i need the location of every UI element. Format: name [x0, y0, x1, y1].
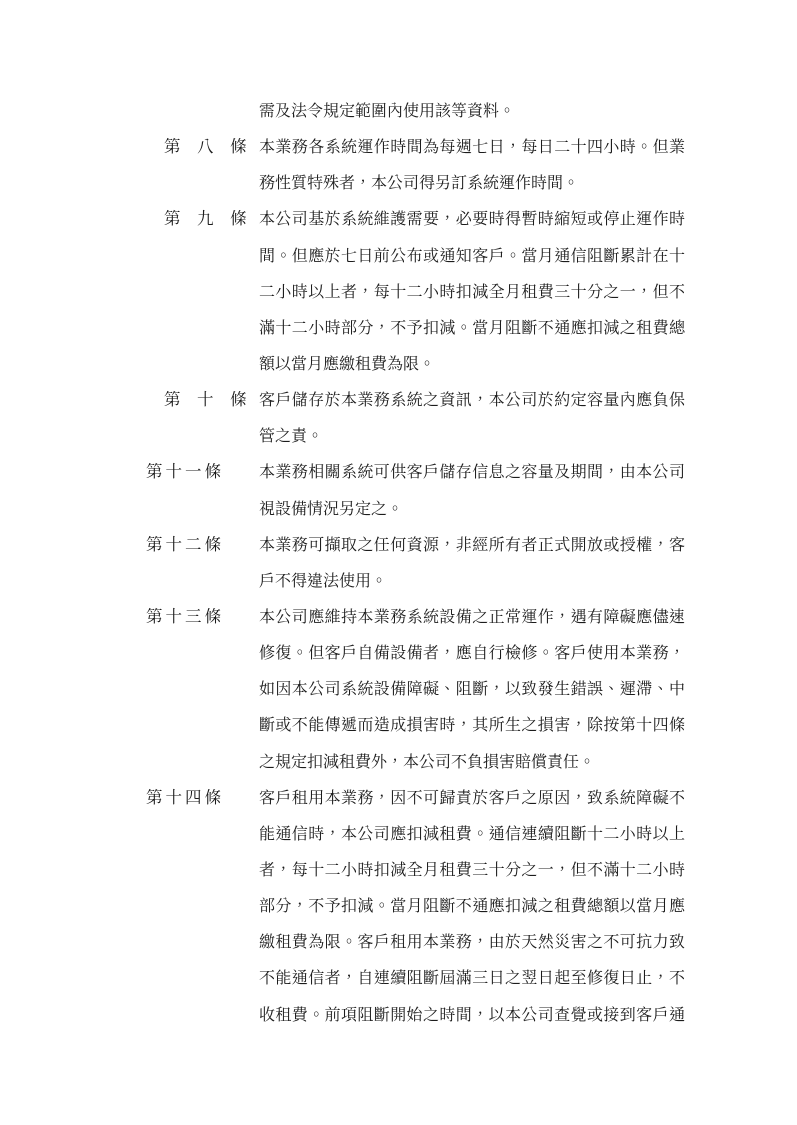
text-line: 者，每十二小時扣減全月租費三十分之一，但不滿十二小時 [259, 852, 685, 888]
article-number-label: 第 十 條 [146, 382, 259, 418]
text-line: 本業務可擷取之任何資源，非經所有者正式開放或授權，客 [259, 527, 685, 563]
text-line: 本公司應維持本業務系統設備之正常運作，遇有障礙應儘速 [259, 599, 685, 635]
article-body: 客戶租用本業務，因不可歸責於客戶之原因，致系統障礙不能通信時，本公司應扣減租費。… [259, 780, 685, 1033]
text-line: 收租費。前項阻斷開始之時間，以本公司查覺或接到客戶通 [259, 997, 685, 1033]
text-line: 視設備情況另定之。 [259, 491, 685, 527]
article-body: 客戶儲存於本業務系統之資訊，本公司於約定容量內應負保管之責。 [259, 382, 685, 454]
text-line: 客戶租用本業務，因不可歸責於客戶之原因，致系統障礙不 [259, 780, 685, 816]
article-number-label: 第十四條 [146, 780, 259, 816]
text-line: 滿十二小時部分，不予扣減。當月阻斷不通應扣減之租費總 [259, 310, 685, 346]
text-line: 本業務相關系統可供客戶儲存信息之容量及期間，由本公司 [259, 454, 685, 490]
text-line: 務性質特殊者，本公司得另訂系統運作時間。 [259, 165, 685, 201]
article-body: 本業務各系統運作時間為每週七日，每日二十四小時。但業務性質特殊者，本公司得另訂系… [259, 129, 685, 201]
article-body: 本公司應維持本業務系統設備之正常運作，遇有障礙應儘速修復。但客戶自備設備者，應自… [259, 599, 685, 780]
text-line: 客戶儲存於本業務系統之資訊，本公司於約定容量內應負保 [259, 382, 685, 418]
text-line: 修復。但客戶自備設備者，應自行檢修。客戶使用本業務， [259, 635, 685, 671]
article-number-label [146, 93, 259, 129]
text-line: 本公司基於系統維護需要，必要時得暫時縮短或停止運作時 [259, 201, 685, 237]
text-line: 戶不得違法使用。 [259, 563, 685, 599]
article-row: 第十二條本業務可擷取之任何資源，非經所有者正式開放或授權，客戶不得違法使用。 [0, 527, 797, 599]
article-number-label: 第 八 條 [146, 129, 259, 165]
article-body: 需及法令規定範圍內使用該等資料。 [259, 93, 685, 129]
article-row: 第 十 條客戶儲存於本業務系統之資訊，本公司於約定容量內應負保管之責。 [0, 382, 797, 454]
text-line: 管之責。 [259, 418, 685, 454]
article-body: 本業務相關系統可供客戶儲存信息之容量及期間，由本公司視設備情況另定之。 [259, 454, 685, 526]
text-line: 繳租費為限。客戶租用本業務，由於天然災害之不可抗力致 [259, 924, 685, 960]
article-row: 第 九 條本公司基於系統維護需要，必要時得暫時縮短或停止運作時間。但應於七日前公… [0, 201, 797, 382]
article-row: 第十四條客戶租用本業務，因不可歸責於客戶之原因，致系統障礙不能通信時，本公司應扣… [0, 780, 797, 1033]
text-line: 如因本公司系統設備障礙、阻斷，以致發生錯誤、遲滯、中 [259, 671, 685, 707]
text-line: 不能通信者，自連續阻斷屆滿三日之翌日起至修復日止，不 [259, 960, 685, 996]
document-content: 需及法令規定範圍內使用該等資料。第 八 條本業務各系統運作時間為每週七日，每日二… [0, 93, 797, 1033]
text-line: 之規定扣減租費外，本公司不負損害賠償責任。 [259, 744, 685, 780]
text-line: 需及法令規定範圍內使用該等資料。 [259, 93, 685, 129]
text-line: 二小時以上者，每十二小時扣減全月租費三十分之一，但不 [259, 274, 685, 310]
text-line: 斷或不能傳遞而造成損害時，其所生之損害，除按第十四條 [259, 707, 685, 743]
document-page: 需及法令規定範圍內使用該等資料。第 八 條本業務各系統運作時間為每週七日，每日二… [0, 0, 797, 1125]
article-body: 本公司基於系統維護需要，必要時得暫時縮短或停止運作時間。但應於七日前公布或通知客… [259, 201, 685, 382]
text-line: 間。但應於七日前公布或通知客戶。當月通信阻斷累計在十 [259, 238, 685, 274]
text-line: 額以當月應繳租費為限。 [259, 346, 685, 382]
text-line: 本業務各系統運作時間為每週七日，每日二十四小時。但業 [259, 129, 685, 165]
article-number-label: 第 九 條 [146, 201, 259, 237]
article-row: 第十三條本公司應維持本業務系統設備之正常運作，遇有障礙應儘速修復。但客戶自備設備… [0, 599, 797, 780]
text-line: 能通信時，本公司應扣減租費。通信連續阻斷十二小時以上 [259, 816, 685, 852]
text-line: 部分，不予扣減。當月阻斷不通應扣減之租費總額以當月應 [259, 888, 685, 924]
article-number-label: 第十一條 [146, 454, 259, 490]
article-row: 第 八 條本業務各系統運作時間為每週七日，每日二十四小時。但業務性質特殊者，本公… [0, 129, 797, 201]
article-body: 本業務可擷取之任何資源，非經所有者正式開放或授權，客戶不得違法使用。 [259, 527, 685, 599]
article-number-label: 第十二條 [146, 527, 259, 563]
article-number-label: 第十三條 [146, 599, 259, 635]
continuation-row: 需及法令規定範圍內使用該等資料。 [0, 93, 797, 129]
article-row: 第十一條本業務相關系統可供客戶儲存信息之容量及期間，由本公司視設備情況另定之。 [0, 454, 797, 526]
